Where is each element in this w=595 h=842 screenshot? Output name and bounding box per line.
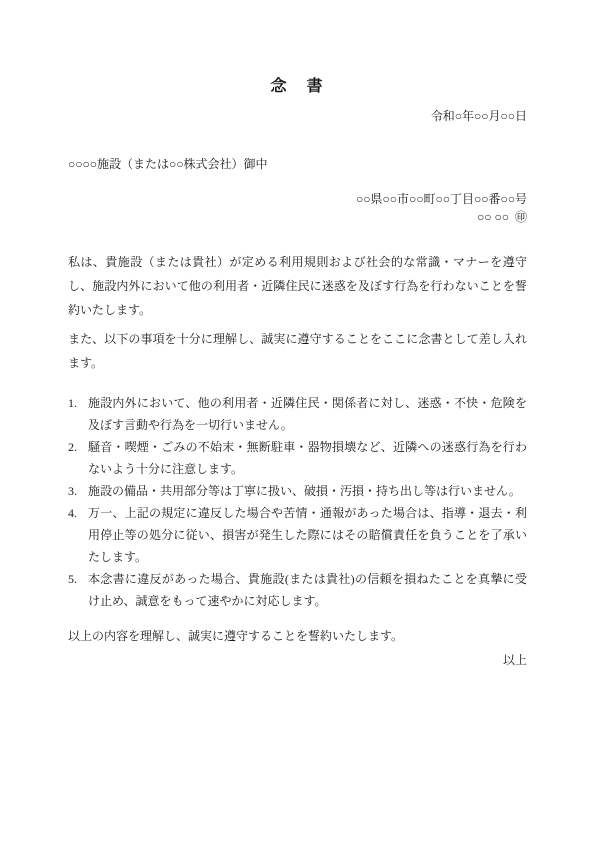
list-item-2: 2. 騒音・喫煙・ごみの不始末・無断駐車・器物損壊など、近隣への迷惑行為を行わな… xyxy=(68,436,527,480)
item-text: 万一、上記の規定に違反した場合や苦情・通報があった場合は、指導・退去・利用停止等… xyxy=(88,502,527,568)
sender-name-line: ○○ ○○㊞ xyxy=(68,208,527,226)
sender-name: ○○ ○○ xyxy=(477,210,509,224)
list-item-5: 5. 本念書に違反があった場合、貴施設(または貴社)の信頼を損ねたことを真摯に受… xyxy=(68,568,527,612)
pledge-paragraph: 私は、貴施設（または貴社）が定める利用規則および社会的な常識・マナーを遵守し、施… xyxy=(68,250,527,322)
document-title: 念 書 xyxy=(68,76,527,98)
item-number: 2. xyxy=(68,436,88,480)
addressee-line: ○○○○施設（または○○株式会社）御中 xyxy=(68,154,527,174)
list-item-1: 1. 施設内外において、他の利用者・近隣住民・関係者に対し、迷惑・不快・危険を及… xyxy=(68,392,527,436)
item-text: 施設内外において、他の利用者・近隣住民・関係者に対し、迷惑・不快・危険を及ぼす言… xyxy=(88,392,527,436)
list-item-3: 3. 施設の備品・共用部分等は丁寧に扱い、破損・汚損・持ち出し等は行いません。 xyxy=(68,480,527,502)
memorandum-page: 念 書 令和○年○○月○○日 ○○○○施設（または○○株式会社）御中 ○○県○○… xyxy=(0,0,595,842)
item-number: 1. xyxy=(68,392,88,436)
item-number: 3. xyxy=(68,480,88,502)
list-item-4: 4. 万一、上記の規定に違反した場合や苦情・通報があった場合は、指導・退去・利用… xyxy=(68,502,527,568)
end-mark: 以上 xyxy=(68,648,527,672)
item-text: 施設の備品・共用部分等は丁寧に扱い、破損・汚損・持ち出し等は行いません。 xyxy=(88,480,527,502)
intro-paragraph: また、以下の事項を十分に理解し、誠実に遵守することをここに念書として差し入れます… xyxy=(68,327,527,375)
item-text: 本念書に違反があった場合、貴施設(または貴社)の信頼を損ねたことを真摯に受け止め… xyxy=(88,568,527,612)
sender-address: ○○県○○市○○町○○丁目○○番○○号 xyxy=(68,190,527,208)
item-number: 4. xyxy=(68,502,88,568)
seal-mark: ㊞ xyxy=(515,210,527,224)
item-text: 騒音・喫煙・ごみの不始末・無断駐車・器物損壊など、近隣への迷惑行為を行わないよう… xyxy=(88,436,527,480)
item-number: 5. xyxy=(68,568,88,612)
date-line: 令和○年○○月○○日 xyxy=(68,106,527,126)
closing-paragraph: 以上の内容を理解し、誠実に遵守することを誓約いたします。 xyxy=(68,624,527,648)
pledge-items-list: 1. 施設内外において、他の利用者・近隣住民・関係者に対し、迷惑・不快・危険を及… xyxy=(68,392,527,612)
